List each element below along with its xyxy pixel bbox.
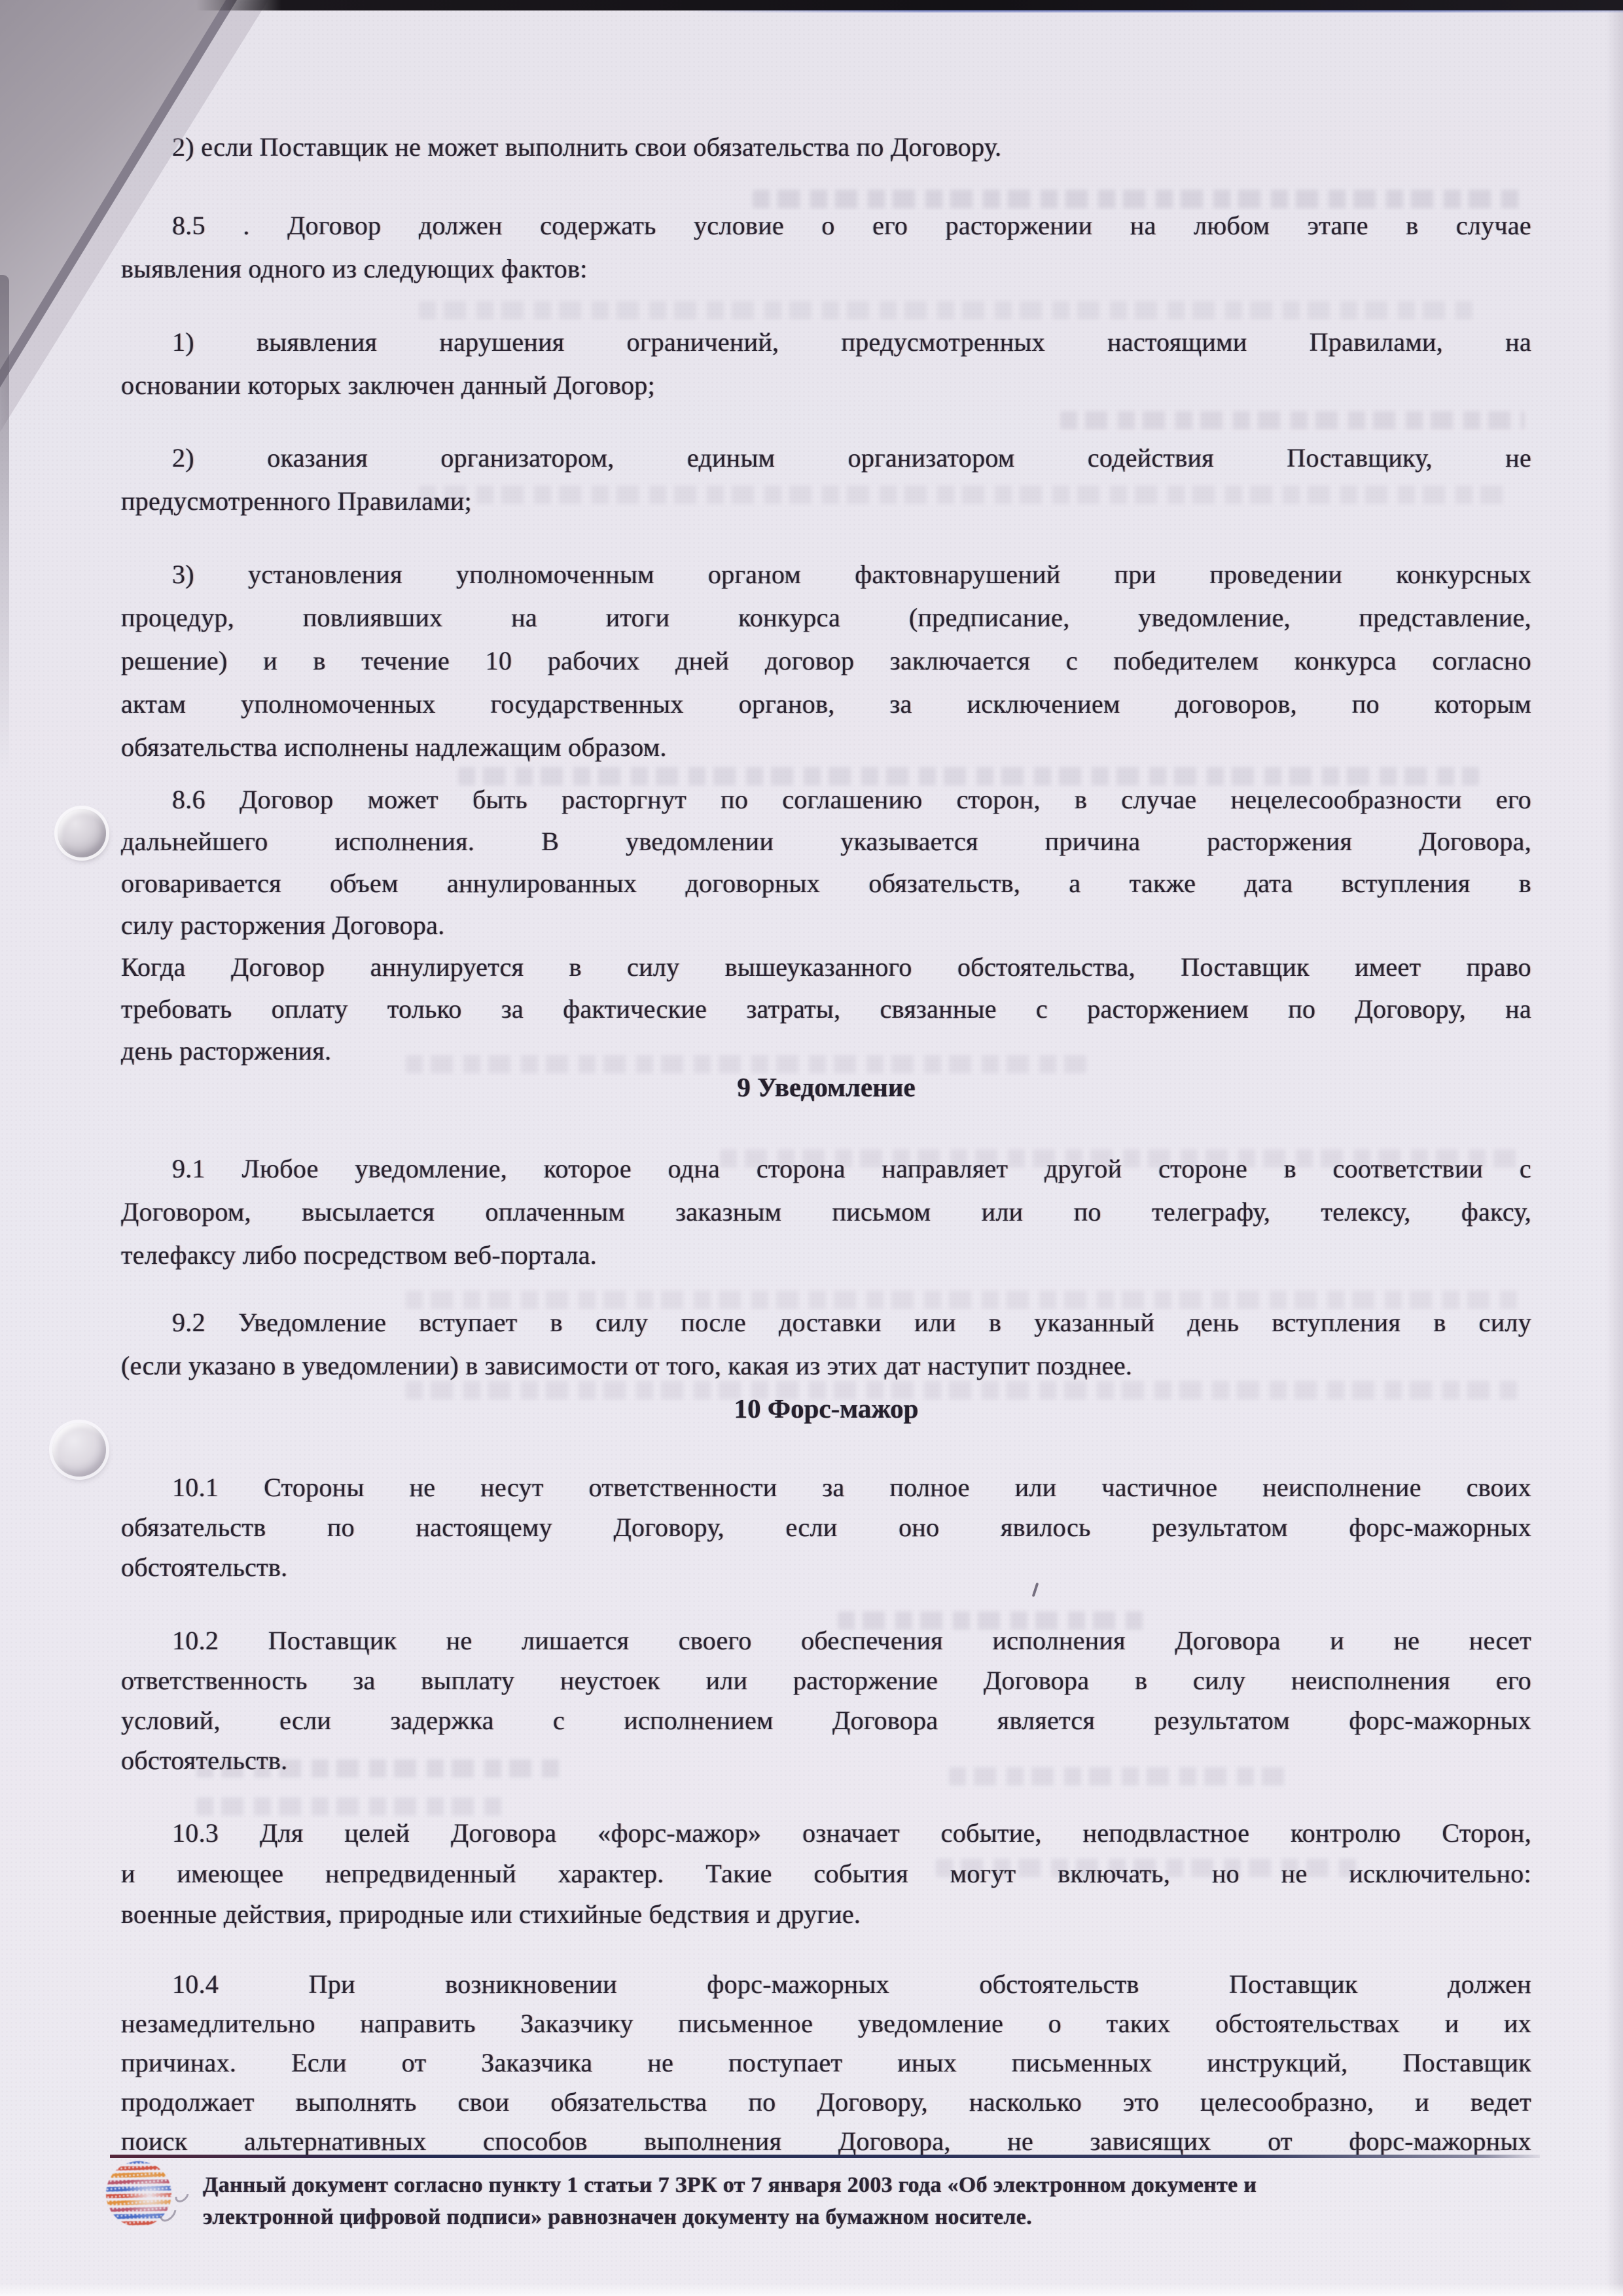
text-line: выявления одного из следующих фактов: [121,247,1531,291]
staple-hole [58,809,106,857]
text-line: 3) установления уполномоченным органом ф… [121,553,1531,596]
paragraph-8-6-continuation: Когда Договор аннулируется в силу вышеук… [121,946,1531,1072]
text-line: Данный документ согласно пункту 1 статьи… [203,2169,1512,2201]
text-line: дальнейшего исполнения. В уведомлении ук… [121,821,1531,863]
text-line: актам уполномоченных государственных орг… [121,683,1531,726]
text-line: обстоятельств. [121,1740,1531,1780]
text-line: силу расторжения Договора. [121,905,1531,946]
scanner-edge-top [0,0,1623,10]
paragraph-9-2: 9.2 Уведомление вступает в силу после до… [121,1301,1531,1388]
section-10-heading: 10 Форс-мажор [121,1393,1531,1424]
text-line: оговаривается объем аннулированных догов… [121,863,1531,905]
text-line: 2) оказания организатором, единым органи… [121,437,1531,480]
text-line: 2) если Поставщик не может выполнить сво… [121,126,1531,169]
text-line: 8.6 Договор может быть расторгнут по сог… [121,779,1531,821]
text-line: 9.1 Любое уведомление, которое одна стор… [121,1147,1531,1191]
scanner-edge-blue-line [687,10,1623,12]
page-right-edge-shadow [1606,0,1623,2296]
text-line: обстоятельств. [121,1547,1531,1587]
text-line: решение) и в течение 10 рабочих дней дог… [121,639,1531,683]
text-line: обязательства исполнены надлежащим образ… [121,726,1531,769]
electronic-document-footnote: Данный документ согласно пункту 1 статьи… [203,2169,1512,2233]
paragraph-8-6: 8.6 Договор может быть расторгнут по сог… [121,779,1531,946]
text-line: электронной цифровой подписи» равнозначе… [203,2201,1512,2233]
text-line: Договором, высылается оплаченным заказны… [121,1191,1531,1234]
text-line: процедур, повлиявших на итоги конкурса (… [121,596,1531,639]
paragraph-10-2: 10.2 Поставщик не лишается своего обеспе… [121,1621,1531,1780]
bleedthrough-artifact [419,301,1479,319]
text-line: предусмотренного Правилами; [121,480,1531,523]
text-line: основании которых заключен данный Догово… [121,364,1531,407]
text-line: продолжает выполнять свои обязательства … [121,2083,1531,2122]
text-line: обязательств по настоящему Договору, есл… [121,1507,1531,1547]
paragraph-8-4-item-2: 2) если Поставщик не может выполнить сво… [121,126,1531,169]
paragraph-10-3: 10.3 Для целей Договора «форс-мажор» озн… [121,1813,1531,1935]
text-line: военные действия, природные или стихийны… [121,1894,1531,1935]
text-line: незамедлительно направить Заказчику пись… [121,2004,1531,2043]
text-line: телефаксу либо посредством веб-портала. [121,1234,1531,1277]
paragraph-8-5: 8.5 . Договор должен содержать условие о… [121,204,1531,291]
text-line: причинах. Если от Заказчика не поступает… [121,2043,1531,2083]
text-line: 9.2 Уведомление вступает в силу после до… [121,1301,1531,1344]
text-line: 10.3 Для целей Договора «форс-мажор» озн… [121,1813,1531,1854]
text-line: условий, если задержка с исполнением Дог… [121,1700,1531,1740]
text-line: требовать оплату только за фактические з… [121,988,1531,1030]
staple-hole [52,1423,106,1477]
text-line: 10.4 При возникновении форс-мажорных обс… [121,1965,1531,2004]
paragraph-10-1: 10.1 Стороны не несут ответственности за… [121,1467,1531,1587]
bleedthrough-artifact [1060,411,1525,429]
text-line: день расторжения. [121,1030,1531,1072]
section-9-heading: 9 Уведомление [121,1071,1531,1103]
text-line: и имеющее непредвиденный характер. Такие… [121,1854,1531,1894]
paragraph-9-1: 9.1 Любое уведомление, которое одна стор… [121,1147,1531,1277]
footer-divider-line [110,2155,1540,2158]
text-line: 10.2 Поставщик не лишается своего обеспе… [121,1621,1531,1660]
paragraph-8-5-item-3: 3) установления уполномоченным органом ф… [121,553,1531,769]
text-line: 8.5 . Договор должен содержать условие о… [121,204,1531,247]
page-bottom-edge [0,2283,1623,2296]
text-line: 10.1 Стороны не несут ответственности за… [121,1467,1531,1507]
paragraph-8-5-item-1: 1) выявления нарушения ограничений, пред… [121,321,1531,407]
text-line: ответственность за выплату неустоек или … [121,1660,1531,1700]
paragraph-10-4: 10.4 При возникновении форс-мажорных обс… [121,1965,1531,2161]
paragraph-8-5-item-2: 2) оказания организатором, единым органи… [121,437,1531,523]
text-line: Когда Договор аннулируется в силу вышеук… [121,946,1531,988]
page-left-edge-shadow [0,275,9,772]
text-line: (если указано в уведомлении) в зависимос… [121,1344,1531,1388]
text-line: 1) выявления нарушения ограничений, пред… [121,321,1531,364]
